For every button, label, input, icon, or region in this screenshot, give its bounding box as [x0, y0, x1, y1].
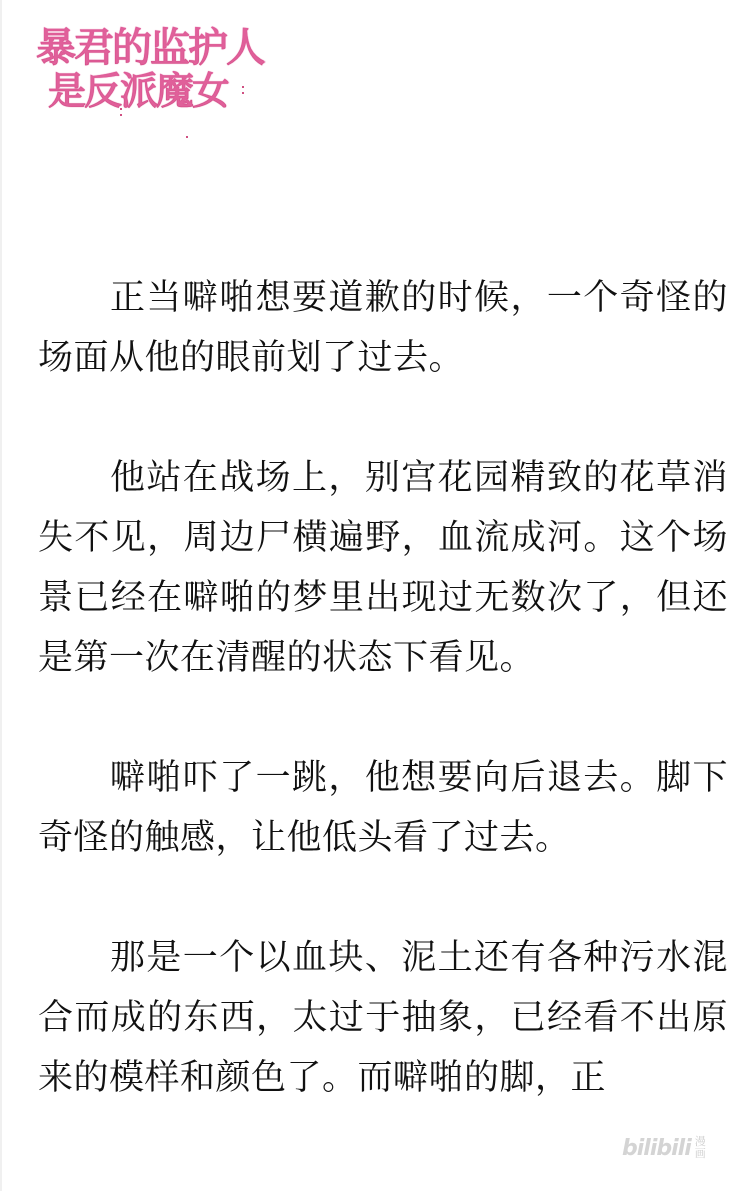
logo-title-line-1: 暴君的监护人 [36, 26, 264, 70]
logo-ornament-dot [120, 108, 122, 110]
comic-title-logo: 暴君的监护人 是反派魔女 [36, 26, 266, 130]
paragraph: 正当噼啪想要道歉的时候，一个奇怪的场面从他的眼前划了过去。 [38, 268, 728, 388]
logo-ornament-dot [186, 136, 188, 138]
chapter-text: 正当噼啪想要道歉的时候，一个奇怪的场面从他的眼前划了过去。 他站在战场上，别宫花… [38, 268, 728, 1108]
logo-ornament-dot [242, 86, 244, 88]
page-edge [0, 0, 2, 1191]
bilibili-logo-icon: bilibili [622, 1136, 691, 1161]
paragraph: 噼啪吓了一跳，他想要向后退去。脚下奇怪的触感，让他低头看了过去。 [38, 748, 728, 868]
logo-title-line-2: 是反派魔女 [48, 70, 228, 112]
paragraph: 他站在战场上，别宫花园精致的花草消失不见，周边尸横遍野，血流成河。这个场景已经在… [38, 448, 728, 688]
comics-label: 漫 画 [695, 1136, 706, 1160]
logo-ornament-dot [120, 114, 122, 116]
comics-label-bottom: 画 [695, 1148, 706, 1160]
bilibili-comics-watermark: bilibili 漫 画 [622, 1128, 706, 1168]
paragraph: 那是一个以血块、泥土还有各种污水混合而成的东西，太过于抽象，已经看不出原来的模样… [38, 928, 728, 1108]
logo-ornament-dot [242, 92, 244, 94]
